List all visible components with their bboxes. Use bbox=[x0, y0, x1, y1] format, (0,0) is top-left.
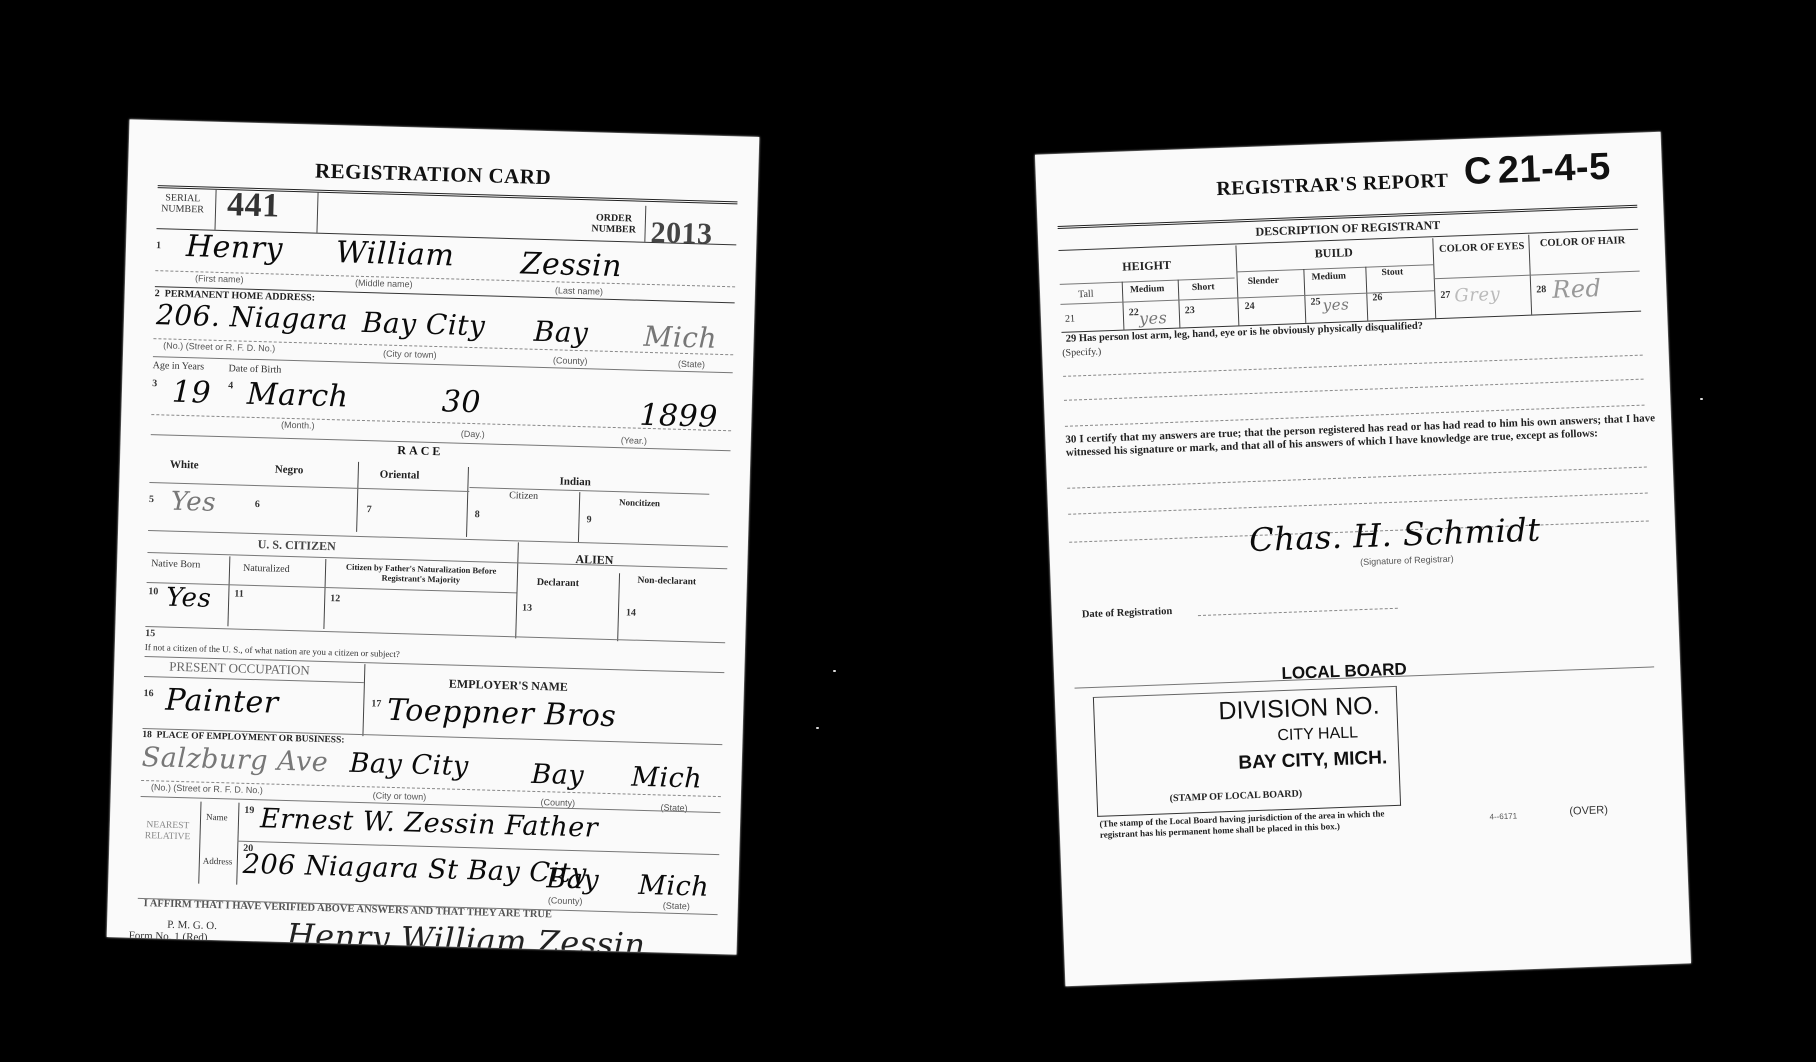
height-medium-label: Medium bbox=[1130, 284, 1165, 295]
hair-heading: COLOR OF HAIR bbox=[1532, 235, 1632, 251]
field-number: 26 bbox=[1372, 292, 1382, 303]
field-number: 24 bbox=[1244, 301, 1254, 312]
divider bbox=[515, 542, 519, 638]
field-number: 1 bbox=[156, 240, 161, 251]
field-number: 6 bbox=[255, 499, 260, 510]
white-label: White bbox=[170, 459, 199, 472]
report-title: REGISTRAR'S REPORT bbox=[1216, 170, 1449, 201]
divider bbox=[1434, 271, 1640, 280]
caption: (No.) (Street or R. F. D. No.) bbox=[163, 340, 275, 353]
divider bbox=[148, 530, 728, 547]
relative-state: Mich bbox=[638, 870, 710, 903]
caption: (Signature of Registrar) bbox=[1360, 554, 1454, 567]
native-born-value: Yes bbox=[166, 583, 212, 614]
employment-street: Salzburg Ave bbox=[141, 742, 328, 778]
occupation-value: Painter bbox=[165, 683, 279, 721]
stamp-bay-city: BAY CITY, MICH. bbox=[1238, 747, 1388, 774]
native-born-label: Native Born bbox=[151, 558, 200, 570]
field-number: 15 bbox=[145, 628, 155, 639]
dust-speck bbox=[1700, 398, 1703, 400]
indian-label: Indian bbox=[559, 476, 591, 489]
serial-number: 441 bbox=[227, 186, 281, 225]
caption: (Month.) bbox=[281, 420, 315, 431]
relative-county: Bay bbox=[546, 863, 600, 895]
question-30: 30 I certify that my answers are true; t… bbox=[1065, 412, 1656, 460]
form-code: 4--6171 bbox=[1489, 812, 1517, 822]
home-street: 206. Niagara bbox=[156, 298, 349, 336]
relative-address-label: Address bbox=[203, 856, 233, 867]
caption: (Registrant's signature or mark) bbox=[406, 947, 532, 954]
card-title: REGISTRATION CARD bbox=[288, 158, 579, 191]
divider bbox=[466, 467, 469, 537]
nearest-relative-label: NEAREST RELATIVE bbox=[137, 820, 198, 844]
first-name: Henry bbox=[186, 229, 284, 267]
divider bbox=[356, 462, 359, 532]
relative-name: Ernest W. Zessin Father bbox=[260, 803, 599, 843]
middle-name: William bbox=[335, 235, 454, 273]
divider bbox=[1064, 379, 1644, 401]
field-number: 17 bbox=[371, 698, 381, 709]
caption: (County) bbox=[553, 355, 588, 366]
employment-city: Bay City bbox=[349, 748, 469, 782]
stout-label: Stout bbox=[1381, 267, 1403, 278]
field-number: 25 bbox=[1310, 296, 1320, 307]
serial-number-label: SERIAL NUMBER bbox=[155, 192, 211, 216]
registrars-report-card: REGISTRAR'S REPORT C 21-4-5 DESCRIPTION … bbox=[1035, 132, 1691, 986]
height-medium-value: yes bbox=[1139, 308, 1168, 328]
divider bbox=[198, 802, 201, 884]
caption: (First name) bbox=[195, 273, 244, 284]
caption: (County) bbox=[548, 895, 583, 906]
slender-label: Slender bbox=[1248, 276, 1279, 287]
divider bbox=[145, 626, 725, 643]
caption: (No.) (Street or R. F. D. No.) bbox=[151, 782, 263, 795]
height-heading: HEIGHT bbox=[1059, 256, 1234, 277]
field-number: 14 bbox=[626, 607, 636, 618]
employment-county: Bay bbox=[531, 759, 585, 791]
field-number: 9 bbox=[586, 514, 591, 525]
eye-color-value: Grey bbox=[1454, 284, 1501, 307]
field-number: 5 bbox=[149, 494, 154, 505]
local-board-stamp-box: DIVISION NO. CITY HALL BAY CITY, MICH. (… bbox=[1093, 686, 1401, 817]
age-label: Age in Years bbox=[153, 360, 205, 372]
field-number: 21 bbox=[1065, 313, 1075, 324]
stamp-code: 21-4-5 bbox=[1497, 146, 1611, 193]
relative-address: 206 Niagara St Bay City bbox=[242, 849, 587, 890]
divider bbox=[617, 573, 620, 641]
caption: (Last name) bbox=[555, 285, 603, 296]
field-number: 18 bbox=[142, 730, 152, 740]
tall-label: Tall bbox=[1078, 289, 1094, 301]
home-state: Mich bbox=[643, 320, 717, 355]
field-number: 28 bbox=[1536, 284, 1546, 295]
stamp-division: DIVISION NO. bbox=[1218, 692, 1380, 727]
divider bbox=[578, 492, 580, 542]
field-number: 4 bbox=[228, 380, 233, 391]
caption: (Day.) bbox=[461, 429, 485, 440]
field-number: 19 bbox=[244, 805, 254, 816]
nondeclarant-label: Non-declarant bbox=[632, 576, 702, 589]
date-registration-label: Date of Registration bbox=[1082, 606, 1173, 620]
caption: (City or town) bbox=[383, 349, 437, 360]
employer-value: Toeppner Bros bbox=[387, 693, 617, 734]
date-registration-line bbox=[1198, 608, 1398, 616]
oriental-label: Oriental bbox=[380, 468, 420, 481]
divider bbox=[644, 206, 646, 242]
build-heading: BUILD bbox=[1239, 242, 1429, 264]
specify-label: (Specify.) bbox=[1062, 346, 1101, 358]
registration-card: REGISTRATION CARD SERIAL NUMBER 441 ORDE… bbox=[107, 119, 760, 954]
occupation-label: PRESENT OCCUPATION bbox=[169, 659, 310, 679]
white-value: Yes bbox=[170, 487, 216, 518]
local-board-heading: LOCAL BOARD bbox=[1254, 658, 1435, 685]
hair-color-value: Red bbox=[1552, 274, 1602, 304]
build-medium-label: Medium bbox=[1311, 271, 1346, 282]
divider bbox=[1067, 467, 1647, 489]
age-value: 19 bbox=[171, 375, 211, 411]
home-county: Bay bbox=[533, 315, 588, 350]
indian-noncitizen-label: Noncitizen bbox=[619, 497, 660, 508]
registrant-signature: Henry William Zessin bbox=[286, 916, 646, 955]
divider bbox=[1178, 280, 1181, 328]
field-number: 13 bbox=[522, 603, 532, 614]
field-number: 12 bbox=[330, 593, 340, 604]
field-number: 3 bbox=[152, 378, 157, 389]
divider bbox=[1063, 355, 1643, 377]
divider bbox=[214, 190, 216, 230]
home-city: Bay City bbox=[362, 306, 486, 342]
field-number: 27 bbox=[1440, 290, 1450, 301]
field-number: 7 bbox=[367, 504, 372, 515]
dob-label: Date of Birth bbox=[228, 363, 281, 375]
negro-label: Negro bbox=[275, 464, 304, 477]
birth-day: 30 bbox=[441, 384, 481, 420]
divider bbox=[323, 559, 326, 629]
stamp-city-hall: CITY HALL bbox=[1277, 724, 1358, 745]
field-number: 11 bbox=[234, 588, 244, 599]
eyes-heading: COLOR OF EYES bbox=[1437, 241, 1527, 256]
short-label: Short bbox=[1192, 282, 1215, 293]
birth-month: March bbox=[246, 377, 349, 415]
field-number: 10 bbox=[148, 586, 158, 597]
order-number: 2013 bbox=[650, 216, 713, 252]
stamp-prefix: C bbox=[1463, 150, 1493, 194]
divider bbox=[316, 193, 318, 233]
indian-citizen-label: Citizen bbox=[509, 490, 538, 502]
build-medium-value: yes bbox=[1322, 295, 1349, 314]
field-number: 16 bbox=[143, 688, 153, 699]
last-name: Zessin bbox=[520, 246, 622, 284]
dust-speck bbox=[833, 670, 836, 672]
us-citizen-heading: U. S. CITIZEN bbox=[258, 537, 336, 554]
divider bbox=[236, 803, 239, 885]
employer-label: EMPLOYER'S NAME bbox=[449, 677, 568, 695]
stamp-caption: (STAMP OF LOCAL BOARD) bbox=[1169, 788, 1302, 804]
registrar-signature: Chas. H. Schmidt bbox=[1249, 510, 1542, 559]
divider bbox=[1068, 493, 1648, 515]
caption: (Year.) bbox=[621, 435, 647, 446]
dust-speck bbox=[816, 727, 819, 729]
caption: (Middle name) bbox=[355, 278, 413, 290]
form-id: Form No. 1 (Red) bbox=[129, 930, 208, 944]
naturalized-label: Naturalized bbox=[243, 563, 290, 575]
fathers-naturalization-label: Citizen by Father's Naturalization Befor… bbox=[331, 561, 511, 586]
caption: (City or town) bbox=[373, 790, 427, 801]
divider bbox=[227, 556, 230, 626]
caption: (State) bbox=[678, 359, 705, 370]
divider bbox=[1122, 282, 1125, 330]
order-number-label: ORDER NUMBER bbox=[587, 212, 642, 235]
caption: (State) bbox=[663, 901, 690, 912]
over-label: (OVER) bbox=[1569, 804, 1608, 817]
relative-name-label: Name bbox=[206, 812, 228, 823]
employment-state: Mich bbox=[631, 762, 703, 795]
field-number: 8 bbox=[474, 509, 479, 520]
divider bbox=[362, 664, 365, 736]
field-number: 22 bbox=[1129, 307, 1139, 318]
field-number: 23 bbox=[1185, 305, 1195, 316]
declarant-label: Declarant bbox=[537, 577, 580, 589]
